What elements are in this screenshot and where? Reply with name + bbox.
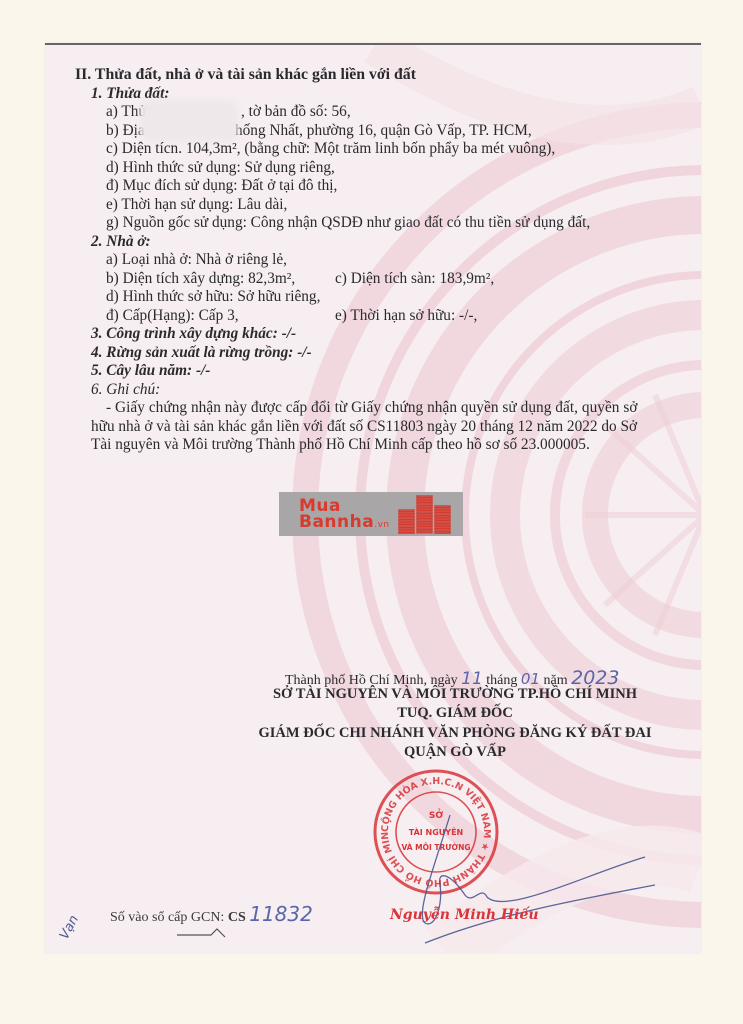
- notes-line-2: hữu nhà ở và tài sản khác gắn liền với đ…: [91, 418, 637, 436]
- notes-heading: 6. Ghi chú:: [91, 381, 160, 399]
- registry-label: Số vào sổ cấp GCN:: [110, 910, 224, 925]
- registry-row: Số vào sổ cấp GCN: CS 11832: [110, 905, 313, 927]
- section-title: II. Thửa đất, nhà ở và tài sản khác gắn …: [75, 66, 416, 84]
- on-behalf: TUQ. GIÁM ĐỐC: [235, 705, 675, 722]
- house-building-area: b) Diện tích xây dựng: 82,3m²,: [106, 270, 295, 288]
- house-ownership-form: d) Hình thức sở hữu: Sở hữu riêng,: [106, 288, 320, 306]
- land-address: hống Nhất, phường 16, quận Gò Vấp, TP. H…: [235, 122, 532, 140]
- notes-line-1: - Giấy chứng nhận này được cấp đổi từ Gi…: [106, 399, 638, 417]
- house-grade: đ) Cấp(Hạng): Cấp 3,: [106, 307, 239, 325]
- logo-text-line2: Bannha.vn: [299, 514, 390, 534]
- house-type: a) Loại nhà ở: Nhà ở riêng lẻ,: [106, 251, 287, 269]
- land-use-term: e) Thời hạn sử dụng: Lâu dài,: [106, 196, 287, 214]
- perennial-trees: 5. Cây lâu năm: -/-: [91, 362, 210, 380]
- house-ownership-term: e) Thời hạn sở hữu: -/-,: [335, 307, 477, 325]
- agency-name: SỞ TÀI NGUYÊN VÀ MÔI TRƯỜNG TP.HỒ CHÍ MI…: [235, 686, 675, 703]
- land-use-purpose: đ) Mục đích sử dụng: Đất ở tại đô thị,: [106, 177, 337, 195]
- house-floor-area: c) Diện tích sàn: 183,9m²,: [335, 270, 494, 288]
- certificate-page: II. Thửa đất, nhà ở và tài sản khác gắn …: [45, 43, 701, 953]
- other-construction: 3. Công trình xây dựng khác: -/-: [91, 325, 296, 343]
- logo-suffix: .vn: [374, 520, 389, 530]
- logo-brand: Bannha: [299, 512, 374, 532]
- registry-prefix: CS: [228, 910, 246, 925]
- initials-mark: Vạn: [57, 913, 82, 942]
- land-map-sheet: , tờ bản đồ số: 56,: [241, 103, 351, 121]
- handwritten-signature-icon: [355, 805, 685, 945]
- land-area: c) Diện tícn. 104,3m², (bằng chữ: Một tr…: [106, 140, 555, 158]
- building-bars-icon: [397, 494, 453, 534]
- house-heading: 2. Nhà ở:: [91, 233, 151, 251]
- land-use-form: d) Hình thức sử dụng: Sử dụng riêng,: [106, 159, 335, 177]
- district-name: QUẬN GÒ VẤP: [235, 744, 675, 761]
- muabannha-logo: Mua Bannha.vn: [279, 492, 463, 536]
- signer-name: Nguyễn Minh Hiếu: [390, 907, 539, 923]
- production-forest: 4. Rừng sản xuất là rừng trồng: -/-: [91, 344, 312, 362]
- registry-number: 11832: [249, 902, 313, 926]
- signer-position: GIÁM ĐỐC CHI NHÁNH VĂN PHÒNG ĐĂNG KÝ ĐẤT…: [223, 725, 687, 742]
- underline-mark-icon: [175, 925, 235, 941]
- redaction-blur: [140, 100, 238, 142]
- land-use-origin: g) Nguồn gốc sử dụng: Công nhận QSDĐ như…: [106, 214, 590, 232]
- notes-line-3: Tài nguyên và Môi trường Thành phố Hồ Ch…: [91, 436, 590, 454]
